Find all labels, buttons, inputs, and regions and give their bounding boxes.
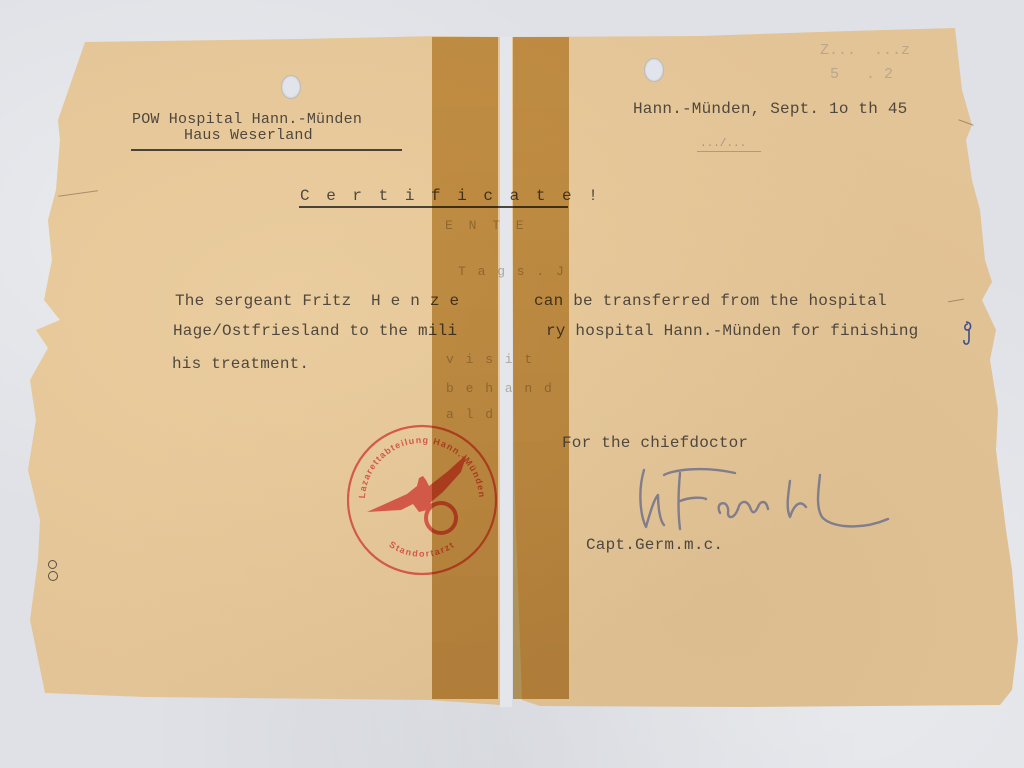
adhesive-tape-right: [513, 37, 569, 699]
handwritten-signature: W Frankl: [630, 455, 900, 535]
faint-reference: .../...: [700, 138, 746, 150]
header-hospital-name: POW Hospital Hann.-Münden: [132, 111, 362, 128]
place-date: Hann.-Münden, Sept. 1o th 45: [633, 100, 907, 118]
staple-hole-1: [48, 560, 57, 569]
adhesive-tape-left: [432, 37, 498, 699]
body-line-1-left: The sergeant Fritz H e n z e: [175, 292, 459, 310]
punch-hole-right: [644, 58, 664, 82]
reference-underline: [697, 151, 761, 152]
faint-ghost-text: Z... ...z: [820, 42, 910, 59]
body-line-1-right: can be transferred from the hospital: [534, 292, 887, 310]
header-hospital-house: Haus Weserland: [184, 127, 313, 144]
body-line-3: his treatment.: [172, 355, 309, 373]
pen-correction-mark: [958, 318, 978, 348]
tear-gap: [500, 37, 512, 707]
staple-hole-2: [48, 571, 58, 581]
closing-line: For the chiefdoctor: [562, 434, 748, 452]
body-line-2-right: ry hospital Hann.-Münden for finishing: [546, 322, 918, 340]
faint-ghost-text-2: 5 . 2: [830, 66, 893, 83]
punch-hole-left: [281, 75, 301, 99]
header-underline: [131, 149, 402, 151]
signatory-title: Capt.Germ.m.c.: [586, 536, 723, 554]
body-line-2-left: Hage/Ostfriesland to the mili: [173, 322, 457, 340]
